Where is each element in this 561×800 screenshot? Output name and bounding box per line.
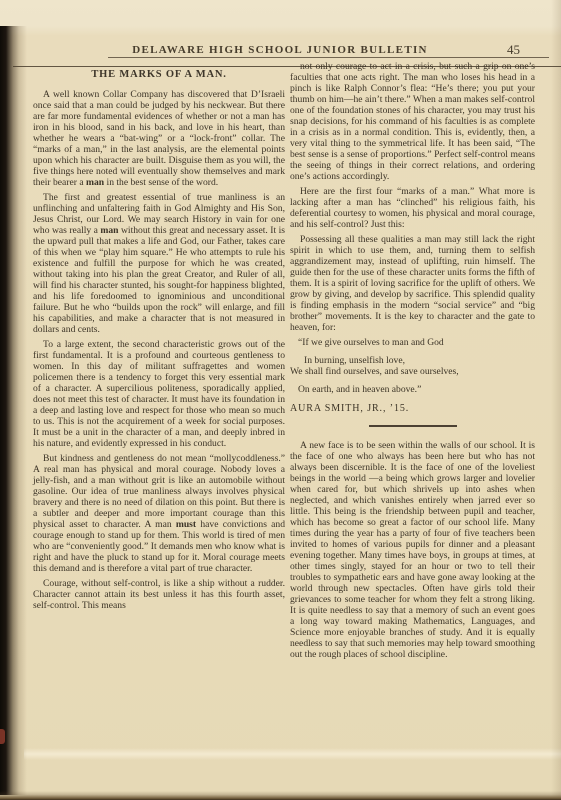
friendship-article-paragraph: A new face is to be seen within the wall… bbox=[290, 440, 535, 660]
marks-article-paragraph-2: The first and greatest essential of true… bbox=[33, 192, 285, 335]
marks-article-paragraph-8: Possessing all these qualities a man may… bbox=[290, 234, 535, 333]
article-title: THE MARKS OF A MAN. bbox=[33, 69, 285, 81]
running-header-title: DELAWARE HIGH SCHOOL JUNIOR BULLETIN bbox=[60, 44, 500, 56]
page-right-edge-shadow bbox=[551, 0, 561, 800]
marks-article-paragraph-4: But kindness and gentleness do not mean … bbox=[33, 453, 285, 574]
author-signature: AURA SMITH, JR., ’15. bbox=[290, 403, 535, 414]
section-divider-rule bbox=[369, 425, 457, 427]
poem-line: “If we give ourselves to man and God bbox=[290, 337, 535, 348]
page-bottom-edge-shadow bbox=[0, 791, 561, 800]
spine-red-mark bbox=[0, 729, 5, 744]
left-column: THE MARKS OF A MAN. A well known Collar … bbox=[33, 69, 285, 615]
right-column: not only courage to act in a crisis, but… bbox=[290, 61, 535, 664]
page-number: 45 bbox=[507, 43, 520, 56]
poem-line: We shall find ourselves, and save oursel… bbox=[290, 366, 535, 377]
marks-article-paragraph-5: Courage, without self-control, is like a… bbox=[33, 578, 285, 611]
poem-line: In burning, unselfish love, bbox=[290, 355, 535, 366]
marks-article-paragraph-3: To a large extent, the second characteri… bbox=[33, 339, 285, 449]
marks-article-paragraph-7: Here are the first four “marks of a man.… bbox=[290, 186, 535, 230]
marks-article-paragraph-6: not only courage to act in a crisis, but… bbox=[290, 61, 535, 182]
paper-crease bbox=[24, 748, 561, 760]
poem-line: On earth, and in heaven above.” bbox=[290, 384, 535, 395]
header-underline-rule bbox=[108, 57, 549, 58]
book-spine-shadow bbox=[0, 26, 27, 795]
marks-article-paragraph-1: A well known Collar Company has discover… bbox=[33, 89, 285, 188]
